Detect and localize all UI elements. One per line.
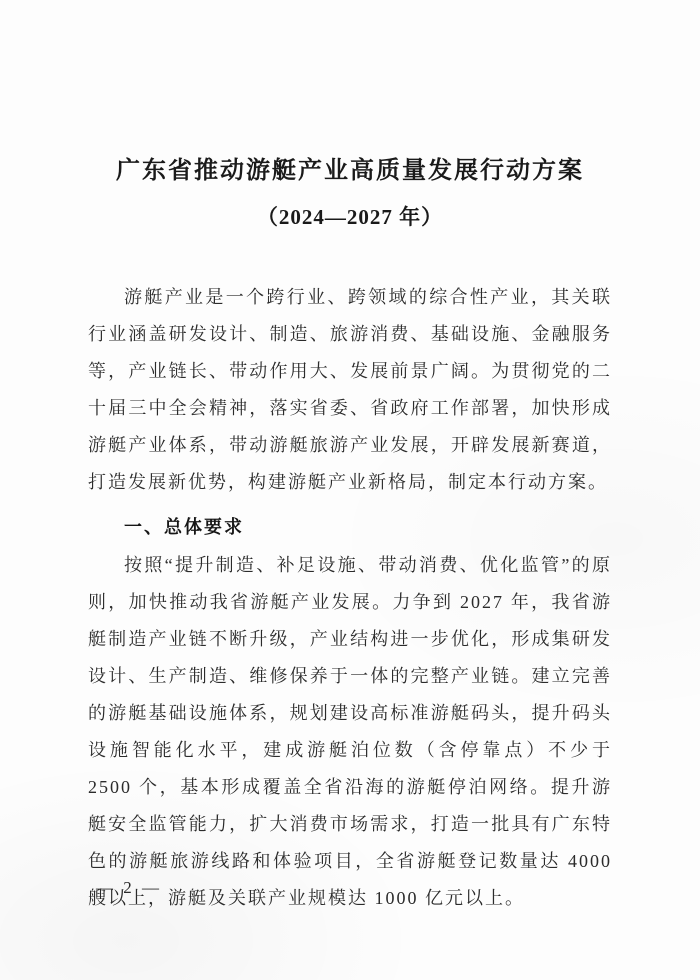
page-number: — 2 — — [96, 878, 162, 898]
paragraph-intro: 游艇产业是一个跨行业、跨领域的综合性产业，其关联行业涵盖研发设计、制造、旅游消费… — [88, 279, 612, 501]
document-title: 广东省推动游艇产业高质量发展行动方案 — [0, 0, 700, 185]
paragraph-overall-requirements: 按照“提升制造、补足设施、带动消费、优化监管”的原则，加快推动我省游艇产业发展。… — [88, 547, 612, 917]
document-subtitle: （2024—2027 年） — [0, 201, 700, 231]
document-page: 广东省推动游艇产业高质量发展行动方案 （2024—2027 年） 游艇产业是一个… — [0, 0, 700, 980]
section-heading-overall-requirements: 一、总体要求 — [88, 509, 612, 546]
